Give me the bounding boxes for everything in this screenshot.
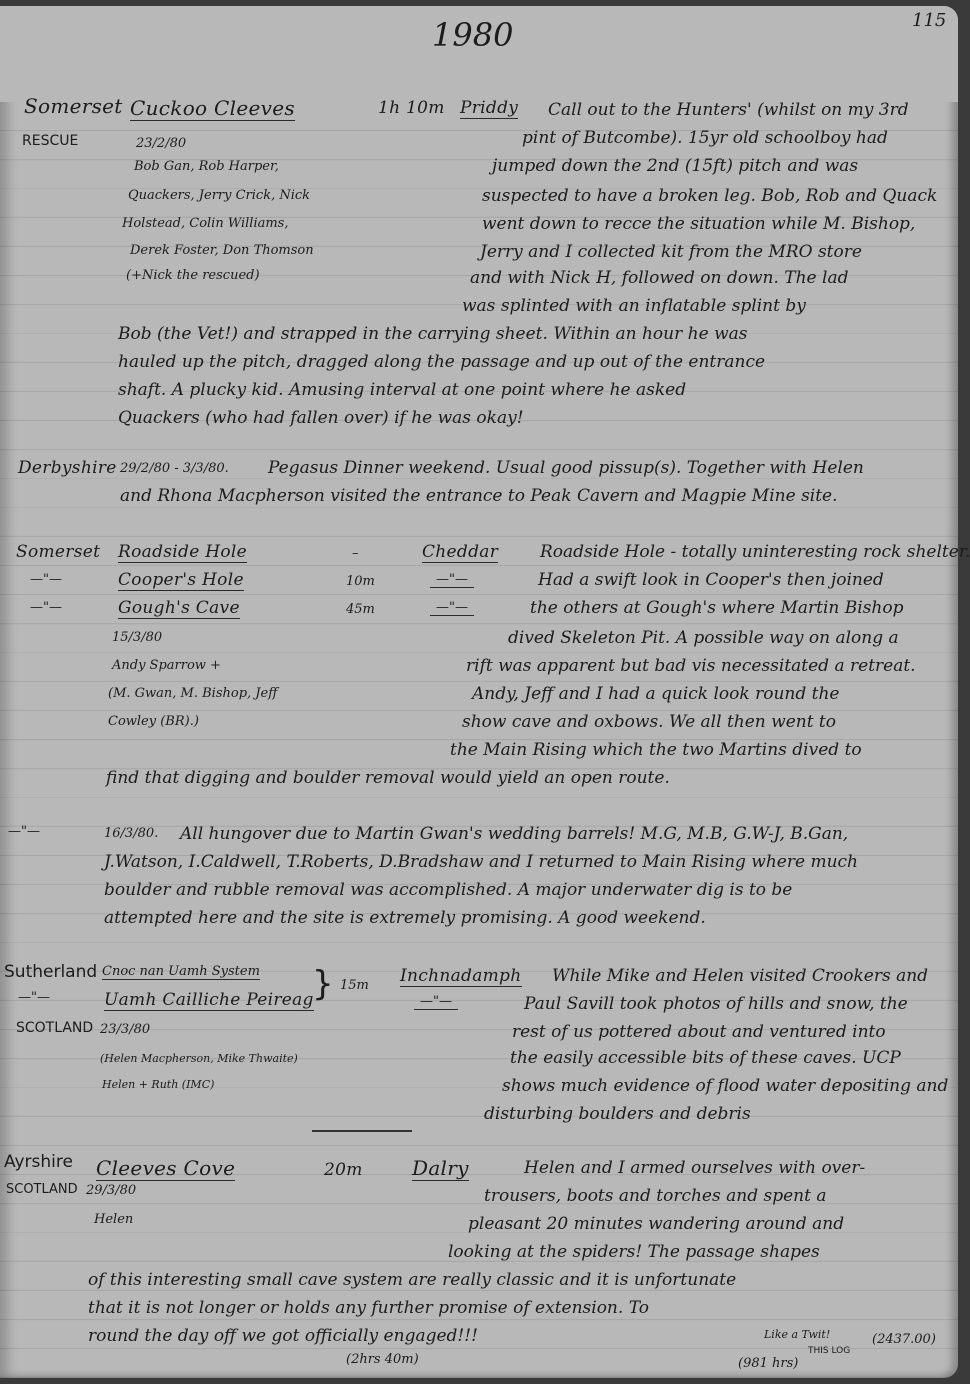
- party-line: (+Nick the rescued): [126, 268, 260, 283]
- log-total-label: THIS LOG: [808, 1346, 850, 1356]
- entry-date: 15/3/80: [112, 630, 162, 645]
- entry-cave-name: Roadside Hole: [118, 542, 247, 563]
- entry-text-line: Call out to the Hunters' (whilst on my 3…: [548, 100, 909, 120]
- brace-mark: }: [312, 964, 334, 1004]
- entry-location: —"—: [430, 600, 474, 616]
- entry-text-line: suspected to have a broken leg. Bob, Rob…: [482, 186, 937, 206]
- party-line: Helen + Ruth (IMC): [102, 1078, 214, 1091]
- entry-duration: 10m: [346, 574, 375, 589]
- entry-text-line: Jerry and I collected kit from the MRO s…: [480, 242, 862, 262]
- party-line: Helen: [94, 1212, 133, 1227]
- entry-location: Inchnadamph: [400, 966, 522, 987]
- entry-duration: 45m: [346, 602, 375, 617]
- entry-text-line: shaft. A plucky kid. Amusing interval at…: [118, 380, 686, 400]
- entry-text-line: and Rhona Macpherson visited the entranc…: [120, 486, 838, 506]
- entry-text-line: J.Watson, I.Caldwell, T.Roberts, D.Brads…: [104, 852, 858, 872]
- log-total-hours: (981 hrs): [738, 1356, 798, 1371]
- entry-text-line: round the day off we got officially enga…: [88, 1326, 478, 1346]
- grand-total-hours: (2437.00): [872, 1332, 936, 1347]
- entry-region-country: SCOTLAND: [16, 1020, 93, 1036]
- entry-date: 29/2/80 - 3/3/80.: [120, 461, 229, 476]
- entry-text-line: disturbing boulders and debris: [484, 1104, 751, 1124]
- entry-region: Derbyshire: [18, 458, 117, 478]
- repeat-mark: —"—: [30, 600, 62, 615]
- entry-text-line: While Mike and Helen visited Crookers an…: [552, 966, 928, 986]
- entry-text-line: Helen and I armed ourselves with over-: [524, 1158, 865, 1178]
- entry-region: Somerset: [16, 542, 100, 562]
- entry-cave-name: Cooper's Hole: [118, 570, 244, 591]
- entry-duration: 20m: [324, 1160, 363, 1180]
- entry-text-line: Andy, Jeff and I had a quick look round …: [472, 684, 839, 704]
- entry-text-line: trousers, boots and torches and spent a: [484, 1186, 826, 1206]
- entry-cave-name: Cuckoo Cleeves: [130, 96, 295, 121]
- entry-text-line: the others at Gough's where Martin Bisho…: [530, 598, 904, 618]
- entry-text-line: went down to recce the situation while M…: [482, 214, 915, 234]
- entry-cave-name: Cnoc nan Uamh System: [102, 964, 260, 980]
- entry-location: Priddy: [460, 98, 518, 119]
- entry-date: 23/2/80: [136, 136, 186, 151]
- repeat-mark: —"—: [18, 990, 50, 1005]
- party-line: (Helen Macpherson, Mike Thwaite): [100, 1052, 298, 1065]
- entry-text-line: attempted here and the site is extremely…: [104, 908, 706, 928]
- entry-text-line: find that digging and boulder removal wo…: [106, 768, 670, 788]
- entry-duration: 1h 10m: [378, 98, 445, 118]
- entry-location: Cheddar: [422, 542, 498, 563]
- entry-text-line: looking at the spiders! The passage shap…: [448, 1242, 820, 1262]
- entry-region: Sutherland: [4, 962, 97, 982]
- notebook-page: 1980 115 Somerset Cuckoo Cleeves 1h 10m …: [0, 6, 958, 1378]
- entry-text-line: dived Skeleton Pit. A possible way on al…: [508, 628, 899, 648]
- entry-text-line: Had a swift look in Cooper's then joined: [538, 570, 884, 590]
- entry-region: —"—: [8, 824, 40, 839]
- entry-text-line: Bob (the Vet!) and strapped in the carry…: [118, 324, 747, 344]
- entry-text-line: pint of Butcombe). 15yr old schoolboy ha…: [522, 128, 888, 148]
- entry-text-line: boulder and rubble removal was accomplis…: [104, 880, 792, 900]
- entry-text-line: pleasant 20 minutes wandering around and: [468, 1214, 844, 1234]
- entry-text-line: All hungover due to Martin Gwan's weddin…: [180, 824, 848, 844]
- entry-duration: –: [352, 546, 359, 561]
- entry-text-line: Pegasus Dinner weekend. Usual good pissu…: [268, 458, 864, 478]
- entry-duration: 15m: [340, 978, 369, 993]
- entry-date: 23/3/80: [100, 1022, 150, 1037]
- entry-region-country: SCOTLAND: [6, 1182, 78, 1197]
- entry-cave-name: Cleeves Cove: [96, 1156, 235, 1181]
- party-line: Holstead, Colin Williams,: [122, 216, 289, 231]
- repeat-mark: —"—: [30, 572, 62, 587]
- entry-date: 29/3/80: [86, 1183, 136, 1198]
- entry-text-line: that it is not longer or holds any furth…: [88, 1298, 649, 1318]
- party-line: (M. Gwan, M. Bishop, Jeff: [108, 686, 277, 701]
- entry-region: Somerset: [24, 94, 123, 118]
- entry-text-line: and with Nick H, followed on down. The l…: [470, 268, 848, 288]
- entry-text-line: hauled up the pitch, dragged along the p…: [118, 352, 765, 372]
- entry-text-line: rift was apparent but bad vis necessitat…: [466, 656, 916, 676]
- entry-text-line: show cave and oxbows. We all then went t…: [462, 712, 836, 732]
- entry-text-line: rest of us pottered about and ventured i…: [512, 1022, 886, 1042]
- aside-note: Like a Twit!: [764, 1328, 830, 1341]
- party-line: Cowley (BR).): [108, 714, 199, 729]
- entry-cave-name: Uamh Cailliche Peireag: [104, 990, 314, 1011]
- entry-location: Dalry: [412, 1156, 469, 1181]
- page-year: 1980: [432, 16, 513, 54]
- party-line: Derek Foster, Don Thomson: [130, 243, 314, 258]
- entry-text-line: Roadside Hole - totally uninteresting ro…: [540, 542, 970, 562]
- party-line: Andy Sparrow +: [112, 658, 221, 673]
- entry-date: 16/3/80.: [104, 826, 158, 841]
- entry-cave-name: Gough's Cave: [118, 598, 240, 619]
- entry-text-line: jumped down the 2nd (15ft) pitch and was: [492, 156, 858, 176]
- entry-text-line: was splinted with an inflatable splint b…: [462, 296, 806, 316]
- entry-text-line: the Main Rising which the two Martins di…: [450, 740, 862, 760]
- entry-text-line: Quackers (who had fallen over) if he was…: [118, 408, 524, 428]
- subtotal-time: (2hrs 40m): [346, 1352, 419, 1367]
- party-line: Bob Gan, Rob Harper,: [134, 159, 279, 174]
- entry-text-line: of this interesting small cave system ar…: [88, 1270, 736, 1290]
- page-number: 115: [912, 10, 946, 31]
- entry-region: Ayrshire: [4, 1152, 73, 1172]
- entry-location: —"—: [430, 572, 474, 588]
- entry-divider: [312, 1130, 412, 1132]
- entry-text-line: shows much evidence of flood water depos…: [502, 1076, 948, 1096]
- entry-tag: RESCUE: [22, 133, 78, 149]
- entry-text-line: Paul Savill took photos of hills and sno…: [524, 994, 908, 1014]
- entry-location: —"—: [414, 994, 458, 1010]
- entry-text-line: the easily accessible bits of these cave…: [510, 1048, 901, 1068]
- party-line: Quackers, Jerry Crick, Nick: [128, 188, 310, 203]
